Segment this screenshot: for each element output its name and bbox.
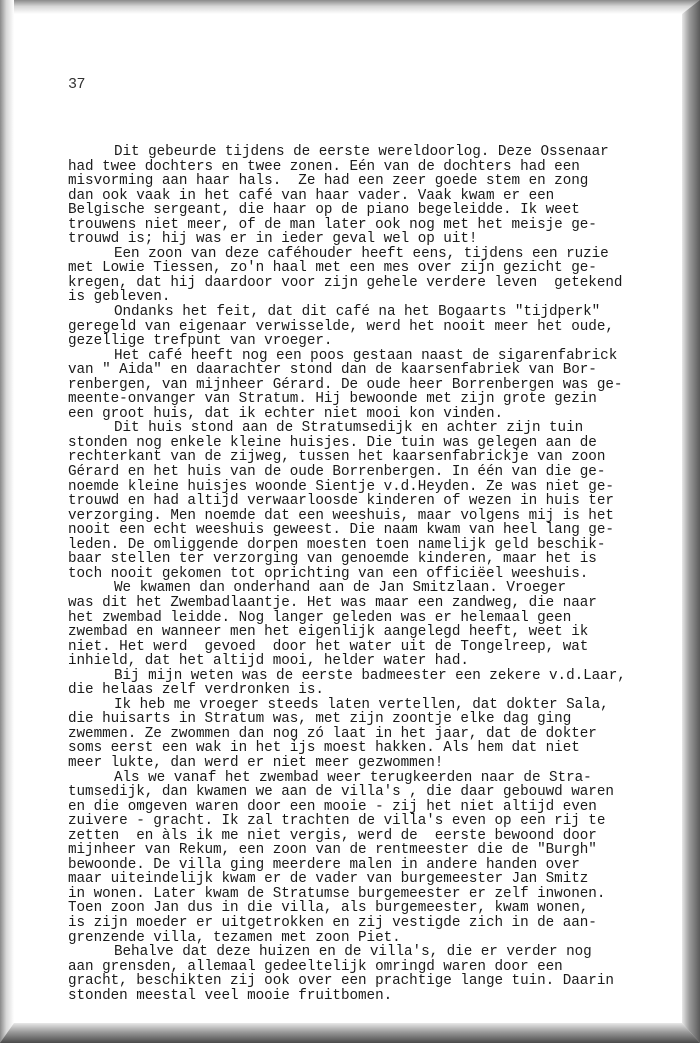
text-line: Ik heb me vroeger steeds laten vertellen… bbox=[68, 698, 700, 713]
text-line: Gérard en het huis van de oude Borrenber… bbox=[68, 465, 700, 480]
frame-border-top bbox=[0, 0, 700, 14]
text-line: zwemmen. Ze zwommen dan nog zó laat in h… bbox=[68, 727, 700, 742]
text-line: kregen, dat hij daardoor voor zijn gehel… bbox=[68, 276, 700, 291]
text-line: Een zoon van deze caféhouder heeft eens,… bbox=[68, 247, 700, 262]
text-line: stonden meestal veel mooie fruitbomen. bbox=[68, 989, 700, 1004]
frame-border-right bbox=[682, 0, 700, 1043]
text-line: Ondanks het feit, dat dit café na het Bo… bbox=[68, 305, 700, 320]
text-line: gracht, beschikten zij ook over een prac… bbox=[68, 974, 700, 989]
text-line: nooit een echt weeshuis geweest. Die naa… bbox=[68, 523, 700, 538]
text-line: had twee dochters en twee zonen. Eén van… bbox=[68, 160, 700, 175]
text-line: aan grensden, allemaal gedeeltelijk omri… bbox=[68, 960, 700, 975]
text-line: trouwens niet meer, of de man later ook … bbox=[68, 218, 700, 233]
text-line: verzorging. Men noemde dat een weeshuis,… bbox=[68, 509, 700, 524]
text-line: Bij mijn weten was de eerste badmeester … bbox=[68, 669, 700, 684]
text-line: trouwd is; hij was er in ieder geval wel… bbox=[68, 232, 700, 247]
text-line: grenzende villa, tezamen met zoon Piet. bbox=[68, 931, 700, 946]
text-line: is zijn moeder er uitgetrokken en zij ve… bbox=[68, 916, 700, 931]
text-line: in wonen. Later kwam de Stratumse burgem… bbox=[68, 887, 700, 902]
document-page: 37 Dit gebeurde tijdens de eerste wereld… bbox=[14, 14, 682, 1023]
text-line: misvorming aan haar hals. Ze had een zee… bbox=[68, 174, 700, 189]
text-line: Toen zoon Jan dus in die villa, als burg… bbox=[68, 901, 700, 916]
text-line: Dit huis stond aan de Stratumsedijk en a… bbox=[68, 421, 700, 436]
text-line: en die omgeven waren door een mooie - zi… bbox=[68, 800, 700, 815]
text-line: meente-onvanger van Stratum. Hij bewoond… bbox=[68, 392, 700, 407]
text-line: zwembad en wanneer men het eigenlijk aan… bbox=[68, 625, 700, 640]
text-line: leden. De omliggende dorpen moesten toen… bbox=[68, 538, 700, 553]
text-line: renbergen, van mijnheer Gérard. De oude … bbox=[68, 378, 700, 393]
text-line: baar stellen ter verzorging van genoemde… bbox=[68, 552, 700, 567]
text-line: niet. Het werd gevoed door het water uit… bbox=[68, 640, 700, 655]
text-line: Belgische sergeant, die haar op de piano… bbox=[68, 203, 700, 218]
text-line: maar uiteindelijk kwam er de vader van b… bbox=[68, 872, 700, 887]
text-line: het zwembad leidde. Nog langer geleden w… bbox=[68, 611, 700, 626]
frame-border-left bbox=[0, 0, 14, 1043]
text-line: tumsedijk, dan kwamen we aan de villa's … bbox=[68, 785, 700, 800]
text-line: Behalve dat deze huizen en de villa's, d… bbox=[68, 945, 700, 960]
text-line: stonden nog enkele kleine huisjes. Die t… bbox=[68, 436, 700, 451]
text-line: met Lowie Tiessen, zo'n haal met een mes… bbox=[68, 261, 700, 276]
text-line: toch nooit gekomen tot oprichting van ee… bbox=[68, 567, 700, 582]
text-line: is gebleven. bbox=[68, 290, 700, 305]
text-line: zetten en àls ik me niet vergis, werd de… bbox=[68, 829, 700, 844]
text-line: We kwamen dan onderhand aan de Jan Smitz… bbox=[68, 581, 700, 596]
text-line: trouwd en had altijd verwaarloosde kinde… bbox=[68, 494, 700, 509]
text-line: gezellige trefpunt van vroeger. bbox=[68, 334, 700, 349]
text-line: van " Aida" en daarachter stond dan de k… bbox=[68, 363, 700, 378]
text-line: bewoonde. De villa ging meerdere malen i… bbox=[68, 858, 700, 873]
body-text: Dit gebeurde tijdens de eerste wereldoor… bbox=[68, 145, 700, 1003]
page-number: 37 bbox=[68, 76, 85, 93]
text-line: die helaas zelf verdronken is. bbox=[68, 683, 700, 698]
text-line: Dit gebeurde tijdens de eerste wereldoor… bbox=[68, 145, 700, 160]
text-line: Het café heeft nog een poos gestaan naas… bbox=[68, 349, 700, 364]
text-line: mijnheer van Rekum, een zoon van de rent… bbox=[68, 843, 700, 858]
text-line: meer lukte, dan werd er niet meer gezwom… bbox=[68, 756, 700, 771]
text-line: was dit het Zwembadlaantje. Het was maar… bbox=[68, 596, 700, 611]
text-line: zuivere - gracht. Ik zal trachten de vil… bbox=[68, 814, 700, 829]
text-line: een groot huis, dat ik echter niet mooi … bbox=[68, 407, 700, 422]
text-line: dan ook vaak in het café van haar vader.… bbox=[68, 189, 700, 204]
text-line: rechterkant van de zijweg, tussen het ka… bbox=[68, 450, 700, 465]
frame-border-bottom bbox=[0, 1023, 700, 1043]
text-line: geregeld van eigenaar verwisselde, werd … bbox=[68, 320, 700, 335]
text-line: die huisarts in Stratum was, met zijn zo… bbox=[68, 712, 700, 727]
text-line: soms eerst een wak in het ijs moest hakk… bbox=[68, 741, 700, 756]
text-line: Als we vanaf het zwembad weer terugkeerd… bbox=[68, 771, 700, 786]
text-line: inhield, dat het altijd mooi, helder wat… bbox=[68, 654, 700, 669]
text-line: noemde kleine huisjes woonde Sientje v.d… bbox=[68, 480, 700, 495]
